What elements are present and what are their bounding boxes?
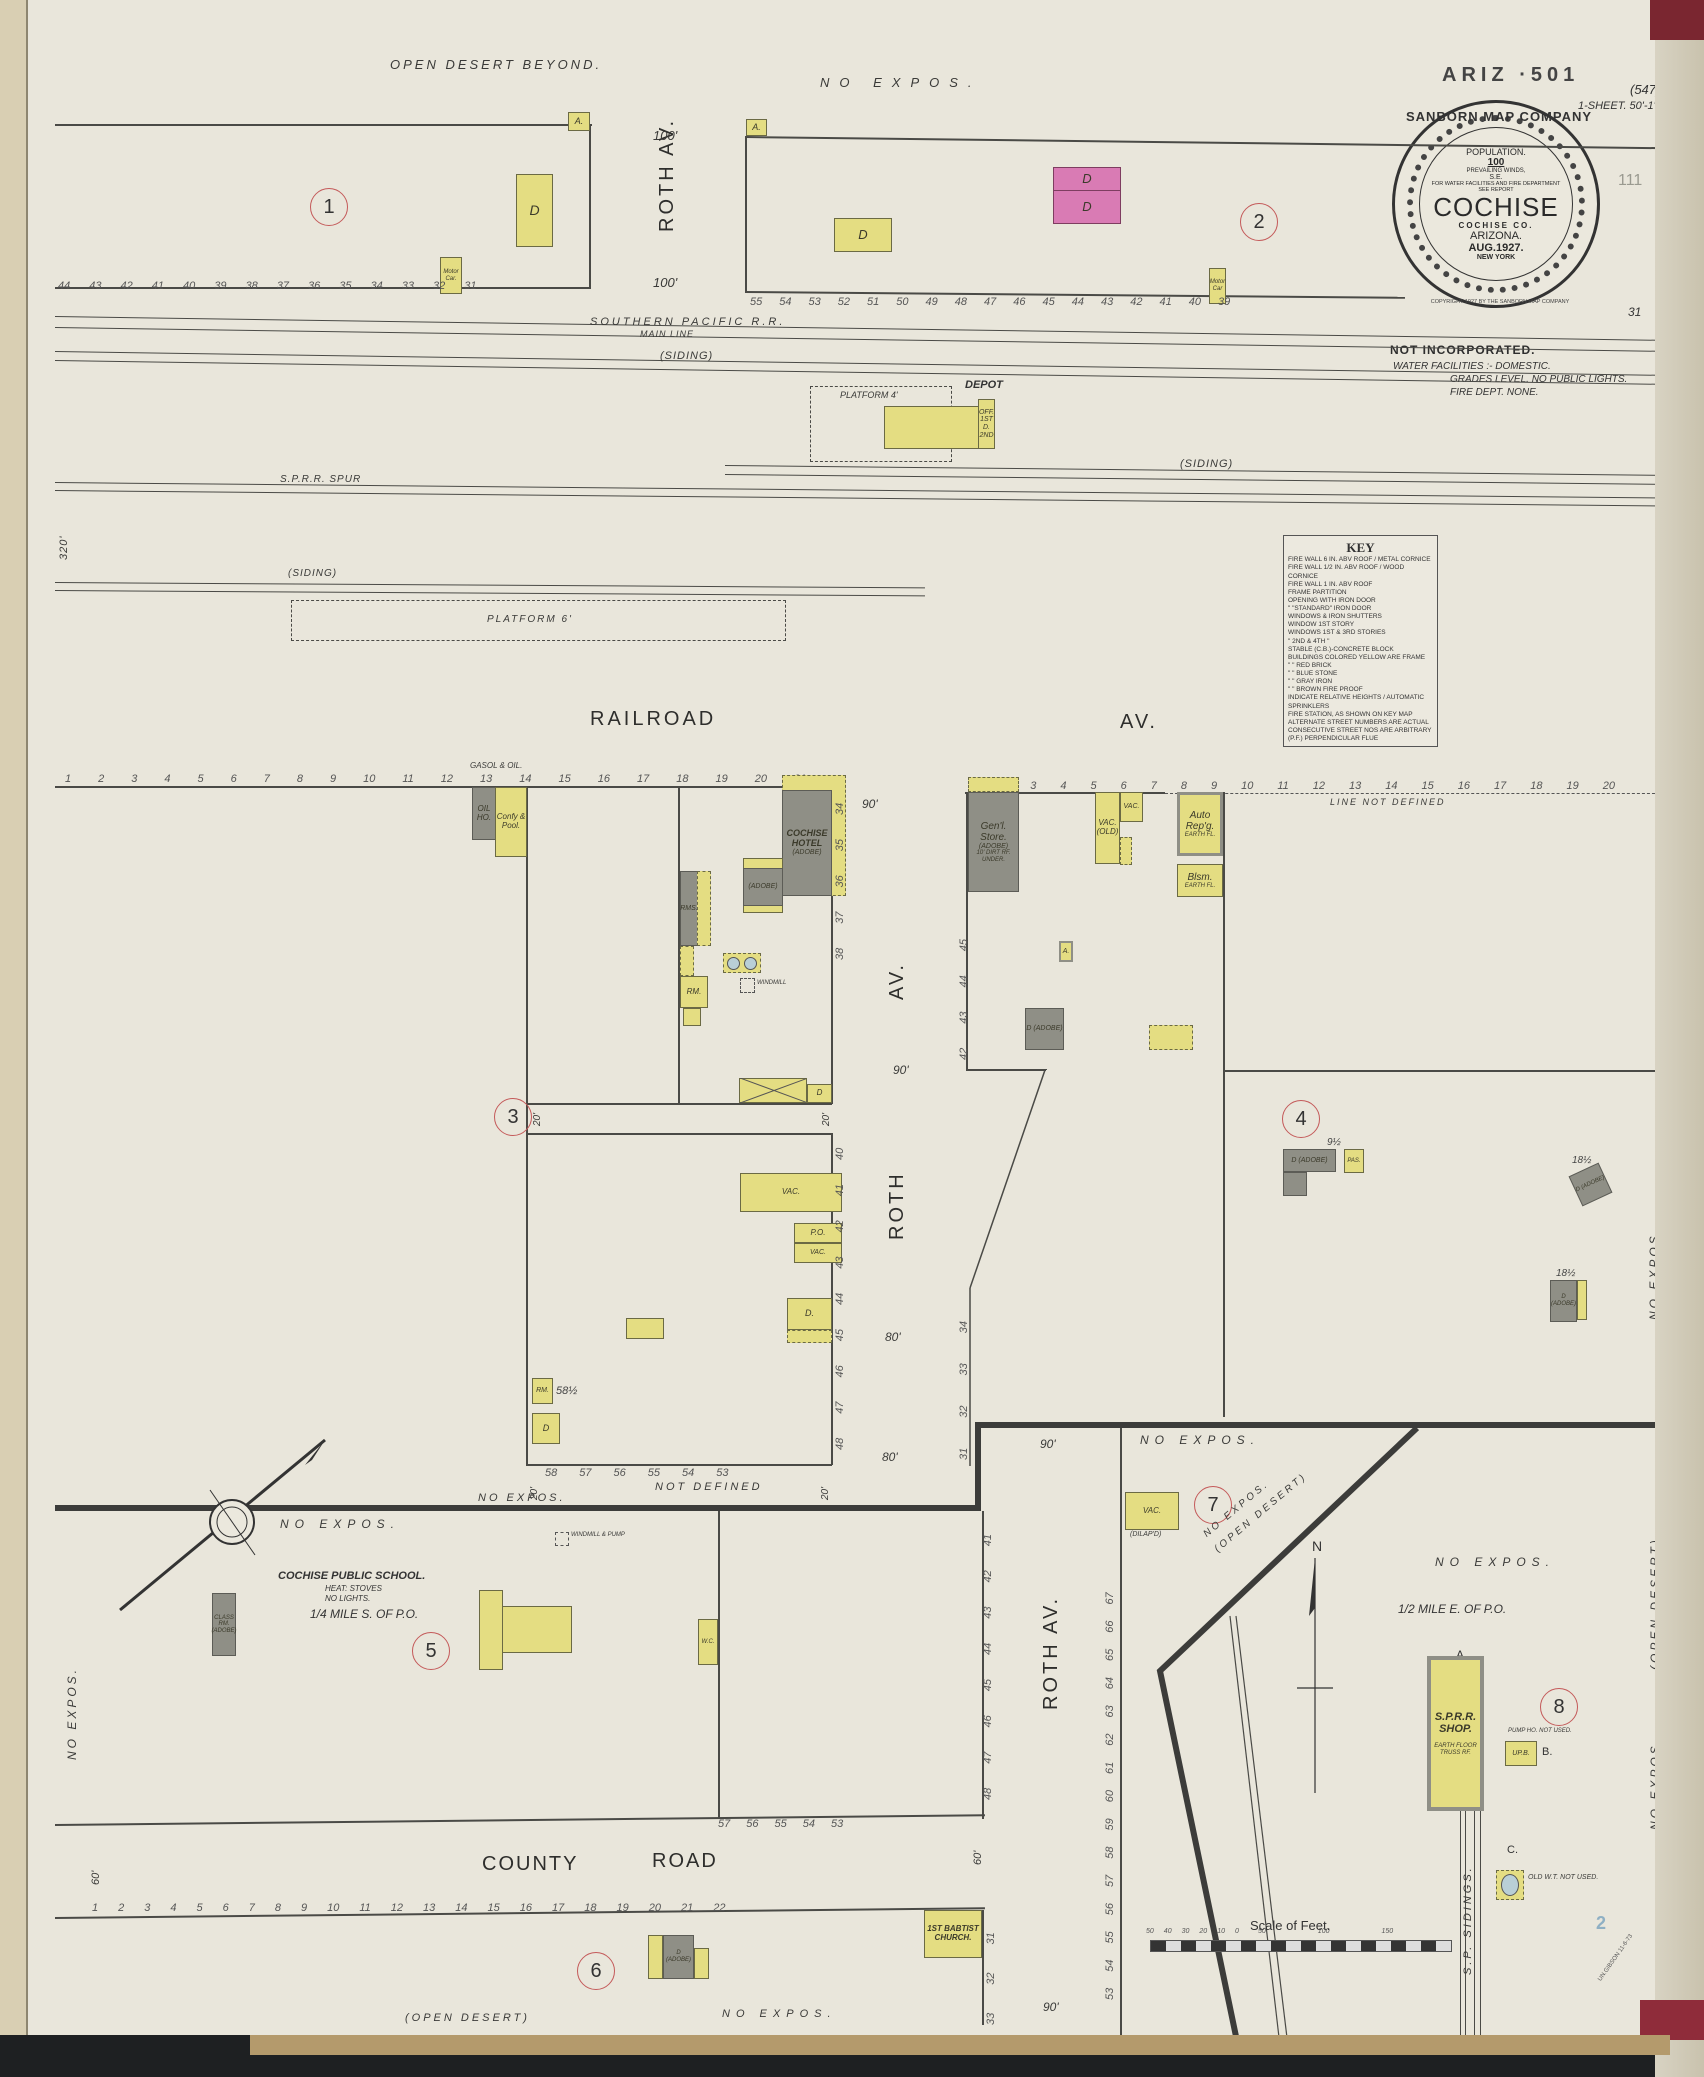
seal-water-note: FOR WATER FACILITIES AND FIRE DEPARTMENT… bbox=[1431, 181, 1561, 193]
street-county-road-1: COUNTY bbox=[482, 1853, 578, 1876]
rooms-shed bbox=[680, 946, 694, 976]
stable-cross-icon bbox=[740, 1078, 806, 1103]
block4-adobe-dwelling-2: D (ADOBE) bbox=[1569, 1163, 1613, 1207]
block4-north-line bbox=[1223, 1070, 1663, 1072]
alley-width-label-a: 20' bbox=[532, 1113, 543, 1126]
block3-room: RM. bbox=[532, 1378, 553, 1404]
siding-3-rail-a bbox=[55, 582, 925, 589]
gasol-oil-label: GASOL & OIL. bbox=[470, 761, 522, 770]
blacksmith-floor: EARTH FL. bbox=[1185, 883, 1216, 890]
key-item: (P.F.) PERPENDICULAR FLUE bbox=[1288, 735, 1433, 743]
key-item: " " BLUE STONE bbox=[1288, 670, 1433, 678]
block3-alley-south bbox=[526, 1133, 832, 1135]
pump-house-note: PUMP HO. NOT USED. bbox=[1508, 1728, 1572, 1734]
block2-dwelling: D bbox=[834, 218, 892, 252]
block6-adobe-dwelling: D (ADOBE) bbox=[663, 1935, 694, 1979]
roth-width-90b: 90' bbox=[893, 1063, 909, 1077]
seal-county: COCHISE CO. bbox=[1459, 221, 1534, 230]
key-item: WINDOWS & IRON SHUTTERS bbox=[1288, 613, 1433, 621]
block-number-5: 5 bbox=[412, 1632, 450, 1670]
key-item: " " RED BRICK bbox=[1288, 662, 1433, 670]
railroad-av-south-line-west bbox=[55, 786, 845, 788]
railroad-av-west-numbers: 123456789101112131415161718192021 bbox=[65, 773, 806, 785]
windmill-pump-icon bbox=[555, 1532, 569, 1546]
map-sheet: OPEN DESERT BEYOND. NO EXPOS. ARIZ ·501 … bbox=[0, 0, 1660, 2035]
hotel-name: COCHISE HOTEL bbox=[783, 829, 831, 849]
windmill-label: WINDMILL bbox=[757, 980, 786, 986]
street-roth-av-mid-2: AV. bbox=[886, 962, 909, 1000]
key-item: BUILDINGS COLORED YELLOW ARE FRAME bbox=[1288, 654, 1433, 662]
school-distance: 1/4 MILE S. OF P.O. bbox=[310, 1607, 418, 1621]
scale-ticks-left: 50403020100 bbox=[1146, 1928, 1239, 1935]
inspector-stamp: UN.GIBSON 11-6-73 bbox=[1597, 1934, 1634, 1983]
map-key-legend: KEY FIRE WALL 6 IN. ABV ROOF / METAL COR… bbox=[1283, 535, 1438, 747]
no-expos-label: NO EXPOS. bbox=[820, 75, 982, 90]
key-item: ALTERNATE STREET NUMBERS ARE ACTUAL bbox=[1288, 719, 1433, 727]
roth-width-90d: 90' bbox=[1043, 2000, 1059, 2014]
main-line-rail-b bbox=[55, 327, 1665, 352]
block2-brick-dwelling-1: D bbox=[1053, 167, 1121, 191]
scale-bar bbox=[1150, 1940, 1452, 1952]
block6-east-line bbox=[982, 1910, 984, 2025]
block3-roth-lower-numbers: 484746454443424140 bbox=[834, 1148, 846, 1450]
seal-core: POPULATION. 100 PREVAILING WINDS, S.E. F… bbox=[1419, 127, 1573, 281]
general-store-name: Gen'l. Store. bbox=[969, 821, 1018, 843]
line-not-defined-label: LINE NOT DEFINED bbox=[1330, 797, 1446, 807]
class-room-building: CLASS RM. (ADOBE) bbox=[212, 1593, 236, 1656]
blacksmith-shop: Blsm. EARTH FL. bbox=[1177, 864, 1223, 897]
tank-icon bbox=[744, 957, 757, 970]
north-arrow-icon bbox=[1295, 1558, 1335, 1798]
block3-dwelling-3: D bbox=[532, 1413, 560, 1444]
general-store: Gen'l. Store. (ADOBE) 10' DIRT RF. UNDER… bbox=[968, 792, 1019, 892]
block-number-6: 6 bbox=[577, 1952, 615, 1990]
corner-lot-number: 31 bbox=[1628, 305, 1641, 319]
no-expos-mid-label: NO EXPOS. bbox=[280, 1517, 400, 1531]
block1-dwelling: D bbox=[516, 174, 553, 247]
roth-east-lower-numbers: 31323334 bbox=[958, 1321, 970, 1460]
page-number-blue: 2 bbox=[1596, 1913, 1606, 1934]
small-auto-shed: A. bbox=[1059, 941, 1073, 962]
auto-repair-garage: Auto Rep'g. EARTH FL. bbox=[1177, 792, 1223, 856]
key-item: FIRE WALL 6 IN. ABV ROOF / METAL CORNICE bbox=[1288, 556, 1433, 564]
seal-population: 100 bbox=[1488, 157, 1505, 168]
block1-auto-shed: A. bbox=[568, 112, 590, 131]
block4-frame-shed bbox=[1577, 1280, 1587, 1320]
book-cloth-edge bbox=[250, 2035, 1670, 2055]
fire-dept-note: FIRE DEPT. NONE. bbox=[1450, 387, 1539, 398]
block3-shed bbox=[626, 1318, 664, 1339]
tank-marker-c: C. bbox=[1507, 1844, 1518, 1856]
windmill-pump-label: WINDMILL & PUMP bbox=[571, 1532, 625, 1538]
roth-width-label-a: 100' bbox=[653, 128, 677, 143]
railroad-av-east-numbers: 1234567891011121314151617181920 bbox=[970, 780, 1615, 792]
old-water-tank-note: OLD W.T. NOT USED. bbox=[1528, 1874, 1598, 1881]
binding-edge bbox=[0, 0, 28, 2035]
key-item: FIRE WALL 1/2 IN. ABV ROOF / WOOD CORNIC… bbox=[1288, 564, 1433, 580]
scale-ticks-right: 50100150 bbox=[1258, 1928, 1393, 1935]
block5-roth-numbers: 4847464544434241 bbox=[982, 1534, 994, 1800]
general-store-note: 10' DIRT RF. UNDER. bbox=[969, 850, 1018, 863]
block2-brick-dwelling-2: D bbox=[1053, 190, 1121, 224]
school-lights: NO LIGHTS. bbox=[325, 1594, 370, 1603]
lot-18-half-a: 18½ bbox=[1572, 1155, 1591, 1166]
block6-frame-shed bbox=[694, 1948, 709, 1979]
seal-publisher-city: NEW YORK bbox=[1477, 254, 1515, 261]
street-county-road-2: ROAD bbox=[652, 1850, 718, 1873]
block7-dilapidated: (DILAP'D) bbox=[1130, 1531, 1161, 1538]
seal-state: ARIZONA. bbox=[1470, 230, 1522, 242]
not-defined-label: NOT DEFINED bbox=[655, 1481, 763, 1493]
school-building-west bbox=[479, 1590, 503, 1670]
siding-3-rail-b bbox=[55, 590, 925, 597]
alley-width-label-d: 20' bbox=[820, 1487, 831, 1500]
shed-building bbox=[1149, 1025, 1193, 1050]
lot-58-half: 58½ bbox=[556, 1385, 577, 1397]
book-page-edge bbox=[1655, 0, 1704, 2077]
pump-house-marker-b: B. bbox=[1542, 1746, 1552, 1758]
seal-population-label: POPULATION. bbox=[1466, 147, 1526, 157]
book-cover-corner-bottom bbox=[1640, 2000, 1704, 2040]
platform-6-label: PLATFORM 6' bbox=[487, 614, 573, 625]
first-baptist-church: 1ST BABTIST CHURCH. bbox=[924, 1910, 982, 1958]
block4-pas-shed: PAS. bbox=[1344, 1149, 1364, 1173]
block2-auto-shed: A. bbox=[746, 119, 767, 136]
width-320-label: 320' bbox=[58, 536, 70, 560]
block3-alley-north bbox=[526, 1103, 832, 1105]
incorporation-status: NOT INCORPORATED. bbox=[1390, 343, 1535, 357]
roth-width-80b: 80' bbox=[882, 1450, 898, 1464]
roth-east-upper-numbers: 42434445 bbox=[958, 939, 970, 1060]
key-item: FIRE WALL 1 IN. ABV ROOF bbox=[1288, 581, 1433, 589]
roth-width-90c: 90' bbox=[1040, 1437, 1056, 1451]
block6-roth-numbers: 333231 bbox=[985, 1932, 997, 2025]
block5-bottom-numbers: 5756555453 bbox=[718, 1818, 843, 1830]
key-item: STABLE (C.B.)-CONCRETE BLOCK bbox=[1288, 646, 1433, 654]
block3-porch bbox=[787, 1330, 832, 1343]
room-building: RM. bbox=[680, 976, 708, 1008]
key-item: WINDOW 1ST STORY bbox=[1288, 621, 1433, 629]
freight-house bbox=[884, 406, 979, 449]
siding-3-label: (SIDING) bbox=[288, 568, 337, 579]
sp-sidings-label: S.P. SIDINGS. bbox=[1462, 1865, 1474, 1975]
platform-4-label: PLATFORM 4' bbox=[840, 390, 898, 400]
block7-roth-numbers: 535455565758596061626364656667 bbox=[1104, 1592, 1116, 2000]
pump-house: UP.B. bbox=[1505, 1741, 1537, 1766]
siding-2-label: (SIDING) bbox=[1180, 458, 1233, 470]
school-building-east bbox=[503, 1606, 572, 1653]
spur-rail-b bbox=[55, 490, 1665, 507]
block4-adobe-dwelling-3: D (ADOBE) bbox=[1550, 1280, 1577, 1322]
no-expos-left-label: NO EXPOS. bbox=[65, 1667, 79, 1760]
rooms-building: RMS. bbox=[680, 871, 698, 946]
county-road-numbers: 12345678910111213141516171819202122 bbox=[92, 1902, 726, 1914]
sp-siding-rail-d bbox=[1480, 1811, 1481, 2035]
store-porch bbox=[968, 777, 1019, 792]
roth-width-90: 90' bbox=[862, 797, 878, 811]
adobe-dwelling: D (ADOBE) bbox=[1025, 1008, 1064, 1050]
hotel-annex-adobe: (ADOBE) bbox=[743, 868, 783, 906]
block-number-2: 2 bbox=[1240, 203, 1278, 241]
vacant-old-building: VAC. (OLD) bbox=[1095, 792, 1120, 864]
old-water-tank bbox=[1496, 1870, 1524, 1900]
southern-pacific-label: SOUTHERN PACIFIC R.R. bbox=[590, 316, 785, 328]
open-desert-beyond-label: OPEN DESERT BEYOND. bbox=[390, 57, 602, 72]
sp-siding-rail-c bbox=[1474, 1811, 1475, 2035]
seal-town: COCHISE bbox=[1433, 193, 1558, 222]
room-shed bbox=[683, 1008, 701, 1026]
pencil-number: 111 bbox=[1618, 172, 1642, 190]
rooms-porch bbox=[697, 871, 711, 946]
auto-repair-floor: EARTH FL. bbox=[1185, 832, 1216, 839]
roth-width-label-b: 100' bbox=[653, 275, 677, 290]
block7-west-line bbox=[1120, 1428, 1122, 2035]
block1-street-numbers: 4443424140393837363534333231 bbox=[58, 280, 477, 292]
street-railroad-av-1: RAILROAD bbox=[590, 708, 716, 731]
lot-9-half: 9½ bbox=[1327, 1137, 1341, 1148]
school-name: COCHISE PUBLIC SCHOOL. bbox=[278, 1570, 425, 1582]
key-item: " " BROWN FIRE PROOF bbox=[1288, 686, 1433, 694]
water-tanks bbox=[723, 953, 761, 973]
no-expos-block8: NO EXPOS. bbox=[1435, 1555, 1555, 1569]
seal-company: SANBORN MAP COMPANY bbox=[1395, 109, 1603, 124]
county-road-width-a: 60' bbox=[90, 1871, 102, 1885]
key-item: CONSECUTIVE STREET NOS ARE ARBITRARY bbox=[1288, 727, 1433, 735]
block3-roth-upper-numbers: 3837363534 bbox=[834, 803, 846, 960]
tank-icon bbox=[727, 957, 740, 970]
block1-east-line bbox=[589, 124, 591, 289]
key-item: " "STANDARD" IRON DOOR bbox=[1288, 605, 1433, 613]
key-item: FRAME PARTITION bbox=[1288, 589, 1433, 597]
hotel-material: (ADOBE) bbox=[792, 849, 821, 857]
siding-1-label: (SIDING) bbox=[660, 350, 713, 362]
key-item: " " GRAY IRON bbox=[1288, 678, 1433, 686]
block-number-3: 3 bbox=[494, 1098, 532, 1136]
main-line-rail-a bbox=[55, 316, 1665, 341]
county-road-width-b: 60' bbox=[972, 1851, 984, 1865]
block3-small-dwelling: D bbox=[807, 1084, 832, 1103]
block2-west-line bbox=[745, 136, 747, 291]
archive-stamp: ARIZ ·501 bbox=[1442, 64, 1579, 87]
general-store-material: (ADOBE) bbox=[979, 843, 1008, 851]
key-item: INDICATE RELATIVE HEIGHTS / AUTOMATIC SP… bbox=[1288, 694, 1433, 710]
vacant-shed bbox=[1120, 837, 1132, 865]
block-number-4: 4 bbox=[1282, 1100, 1320, 1138]
block-number-8: 8 bbox=[1540, 1688, 1578, 1726]
no-expos-bottom: NO EXPOS. bbox=[722, 2008, 837, 2020]
sprr-shop: S.P.R.R. SHOP. EARTH FLOOR TRUSS RF. bbox=[1427, 1656, 1484, 1811]
block3-vacant-store: VAC. bbox=[740, 1173, 842, 1212]
key-item: OPENING WITH IRON DOOR bbox=[1288, 597, 1433, 605]
sp-siding-rail-a bbox=[1460, 1811, 1461, 2035]
no-expos-block3-label: NO EXPOS. bbox=[478, 1492, 566, 1504]
oil-house: OIL HO. bbox=[472, 787, 496, 840]
windmill-icon bbox=[740, 978, 755, 993]
block3-dwelling-2: D. bbox=[787, 1298, 832, 1330]
street-railroad-av-2: AV. bbox=[1120, 711, 1158, 734]
key-item: " 2ND & 4TH " bbox=[1288, 638, 1433, 646]
block5-west-line bbox=[718, 1511, 720, 1819]
street-roth-av-mid-1: ROTH bbox=[886, 1171, 909, 1240]
school-heat: HEAT: STOVES bbox=[325, 1584, 382, 1593]
block4-adobe-wing bbox=[1283, 1172, 1307, 1196]
key-item: WINDOWS 1ST & 3RD STORIES bbox=[1288, 629, 1433, 637]
water-tank-icon bbox=[1501, 1874, 1519, 1896]
sprr-spur-label: S.P.R.R. SPUR bbox=[280, 474, 361, 485]
roth-width-80a: 80' bbox=[885, 1330, 901, 1344]
shop-note: EARTH FLOOR TRUSS RF. bbox=[1431, 1743, 1480, 1756]
blacksmith-name: Blsm. bbox=[1188, 872, 1213, 883]
stable-building bbox=[739, 1078, 807, 1103]
block7-vacant: VAC. bbox=[1125, 1492, 1179, 1530]
block3-bottom-numbers: 585756555453 bbox=[545, 1467, 729, 1479]
auto-repair-name: Auto Rep'g. bbox=[1180, 810, 1220, 832]
seal-winds: S.E. bbox=[1489, 174, 1502, 181]
open-desert-bottom: (OPEN DESERT) bbox=[405, 2012, 530, 2024]
shop-name: S.P.R.R. SHOP. bbox=[1431, 1711, 1480, 1735]
county-road-north-line bbox=[55, 1814, 985, 1825]
cochise-hotel: COCHISE HOTEL (ADOBE) bbox=[782, 790, 832, 896]
lot-18-half-b: 18½ bbox=[1556, 1268, 1575, 1279]
seal-copyright: COPYRIGHT 1927 BY THE SANBORN MAP COMPAN… bbox=[1405, 299, 1595, 305]
confectionery-pool: Confy & Pool. bbox=[495, 787, 527, 857]
siding-2-rail-b bbox=[725, 474, 1665, 485]
block6-frame-wing bbox=[648, 1935, 663, 1979]
water-closet: W.C. bbox=[698, 1619, 718, 1665]
block-number-1: 1 bbox=[310, 188, 348, 226]
key-item: FIRE STATION, AS SHOWN ON KEY MAP bbox=[1288, 711, 1433, 719]
depot-label: DEPOT bbox=[965, 379, 1003, 391]
block3-south-line bbox=[526, 1464, 832, 1466]
block1-north-line bbox=[55, 124, 592, 126]
alley-width-label-b: 20' bbox=[821, 1113, 832, 1126]
north-label: N bbox=[1312, 1538, 1322, 1554]
seal-date: AUG.1927. bbox=[1468, 242, 1523, 254]
vacant-small-building: VAC. bbox=[1120, 792, 1143, 822]
key-title: KEY bbox=[1288, 540, 1433, 556]
main-line-label: MAIN LINE bbox=[640, 329, 694, 339]
depot-office: OFF. 1ST D. 2ND bbox=[978, 399, 995, 449]
block4-adobe-dwelling: D (ADOBE) bbox=[1283, 1149, 1336, 1172]
book-cover-corner-top bbox=[1650, 0, 1704, 40]
line-not-defined-dashes bbox=[1165, 793, 1665, 794]
block4-west-line bbox=[1223, 792, 1225, 1417]
half-mile-note: 1/2 MILE E. OF P.O. bbox=[1398, 1602, 1506, 1616]
title-seal: SANBORN MAP COMPANY POPULATION. 100 PREV… bbox=[1392, 100, 1600, 308]
block2-street-numbers: 5554535251504948474645444342414039 bbox=[750, 296, 1230, 308]
street-roth-av-low: ROTH AV. bbox=[1040, 1596, 1063, 1710]
map-boundary-line-step bbox=[975, 1422, 981, 1511]
